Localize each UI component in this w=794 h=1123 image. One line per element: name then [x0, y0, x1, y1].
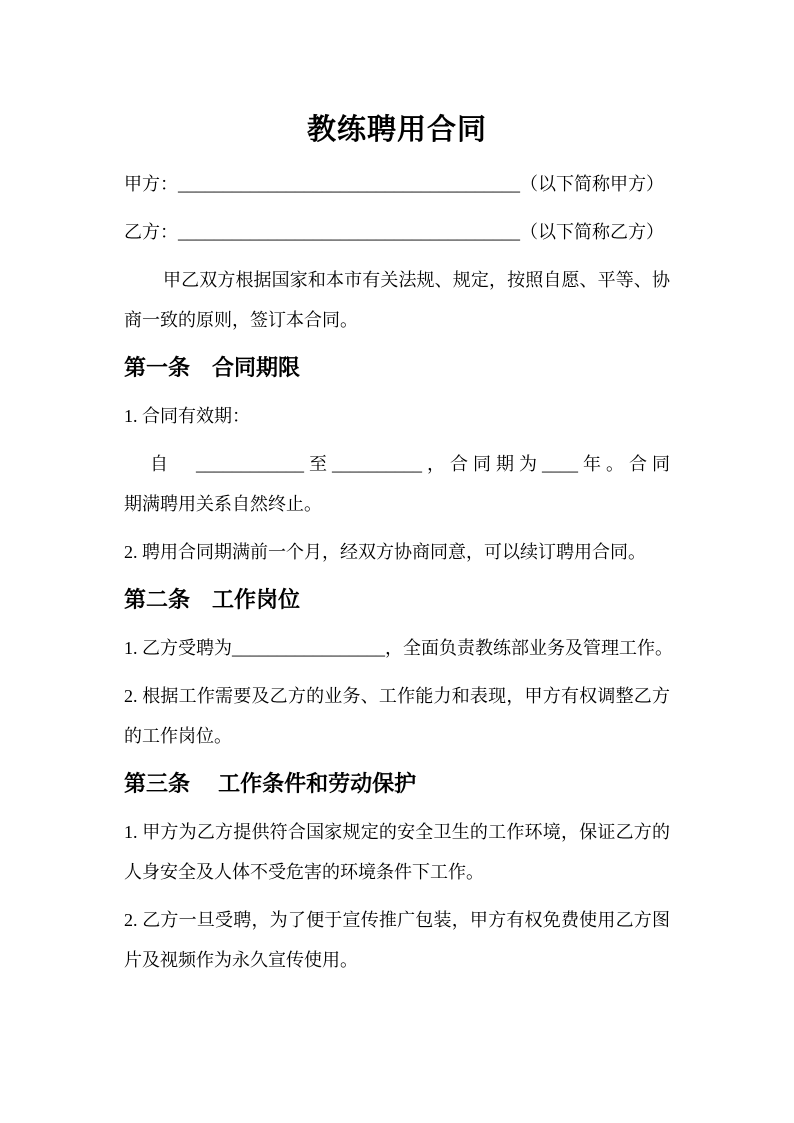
article-3-item-1-line-2: 人身安全及人体不受危害的环境条件下工作。	[124, 852, 670, 892]
article-3-item-2-line-2: 片及视频作为永久宣传使用。	[124, 940, 670, 980]
party-a-line-line-1: 甲方：_____________________________________…	[124, 164, 670, 204]
article-2-item-1: 1. 乙方受聘为_________________，全面负责教练部业务及管理工作…	[124, 628, 670, 668]
article-1-heading: 第一条 合同期限	[124, 348, 670, 388]
article-1-item-2: 2. 聘用合同期满前一个月，经双方协商同意，可以续订聘用合同。	[124, 532, 670, 572]
article-1-item-1-dates: 自 ____________至__________，合同期为____年。合同期满…	[124, 444, 670, 524]
article-1-item-1-dates-line-1: 自 ____________至__________，合同期为____年。合同	[124, 444, 670, 484]
preamble-line-1: 甲乙双方根据国家和本市有关法规、规定，按照自愿、平等、协	[124, 260, 670, 300]
article-1-item-1-dates-line-2: 期满聘用关系自然终止。	[124, 484, 670, 524]
article-3-heading: 第三条 工作条件和劳动保护	[124, 764, 670, 804]
party-b-line-line-1: 乙方：_____________________________________…	[124, 212, 670, 252]
contract-document-page: 教练聘用合同 甲方：______________________________…	[0, 0, 794, 1123]
article-2-item-2-line-2: 的工作岗位。	[124, 716, 670, 756]
article-1-item-1-line-1: 1. 合同有效期：	[124, 396, 670, 436]
article-1-item-2-line-1: 2. 聘用合同期满前一个月，经双方协商同意，可以续订聘用合同。	[124, 532, 670, 572]
article-2-item-2: 2. 根据工作需要及乙方的业务、工作能力和表现，甲方有权调整乙方的工作岗位。	[124, 676, 670, 756]
article-2-heading: 第二条 工作岗位	[124, 580, 670, 620]
article-3-item-1-line-1: 1. 甲方为乙方提供符合国家规定的安全卫生的工作环境，保证乙方的	[124, 812, 670, 852]
article-2-heading-line-1: 第二条 工作岗位	[124, 580, 670, 620]
article-3-heading-line-1: 第三条 工作条件和劳动保护	[124, 764, 670, 804]
preamble: 甲乙双方根据国家和本市有关法规、规定，按照自愿、平等、协商一致的原则，签订本合同…	[124, 260, 670, 340]
document-body: 甲方：_____________________________________…	[124, 164, 670, 980]
party-a-line: 甲方：_____________________________________…	[124, 164, 670, 204]
document-title: 教练聘用合同	[124, 108, 670, 152]
preamble-line-2: 商一致的原则，签订本合同。	[124, 300, 670, 340]
article-2-item-2-line-1: 2. 根据工作需要及乙方的业务、工作能力和表现，甲方有权调整乙方	[124, 676, 670, 716]
party-b-line: 乙方：_____________________________________…	[124, 212, 670, 252]
article-1-heading-line-1: 第一条 合同期限	[124, 348, 670, 388]
article-3-item-2-line-1: 2. 乙方一旦受聘，为了便于宣传推广包装，甲方有权免费使用乙方图	[124, 900, 670, 940]
article-1-item-1: 1. 合同有效期：	[124, 396, 670, 436]
article-3-item-2: 2. 乙方一旦受聘，为了便于宣传推广包装，甲方有权免费使用乙方图片及视频作为永久…	[124, 900, 670, 980]
article-2-item-1-line-1: 1. 乙方受聘为_________________，全面负责教练部业务及管理工作…	[124, 628, 670, 668]
article-3-item-1: 1. 甲方为乙方提供符合国家规定的安全卫生的工作环境，保证乙方的人身安全及人体不…	[124, 812, 670, 892]
